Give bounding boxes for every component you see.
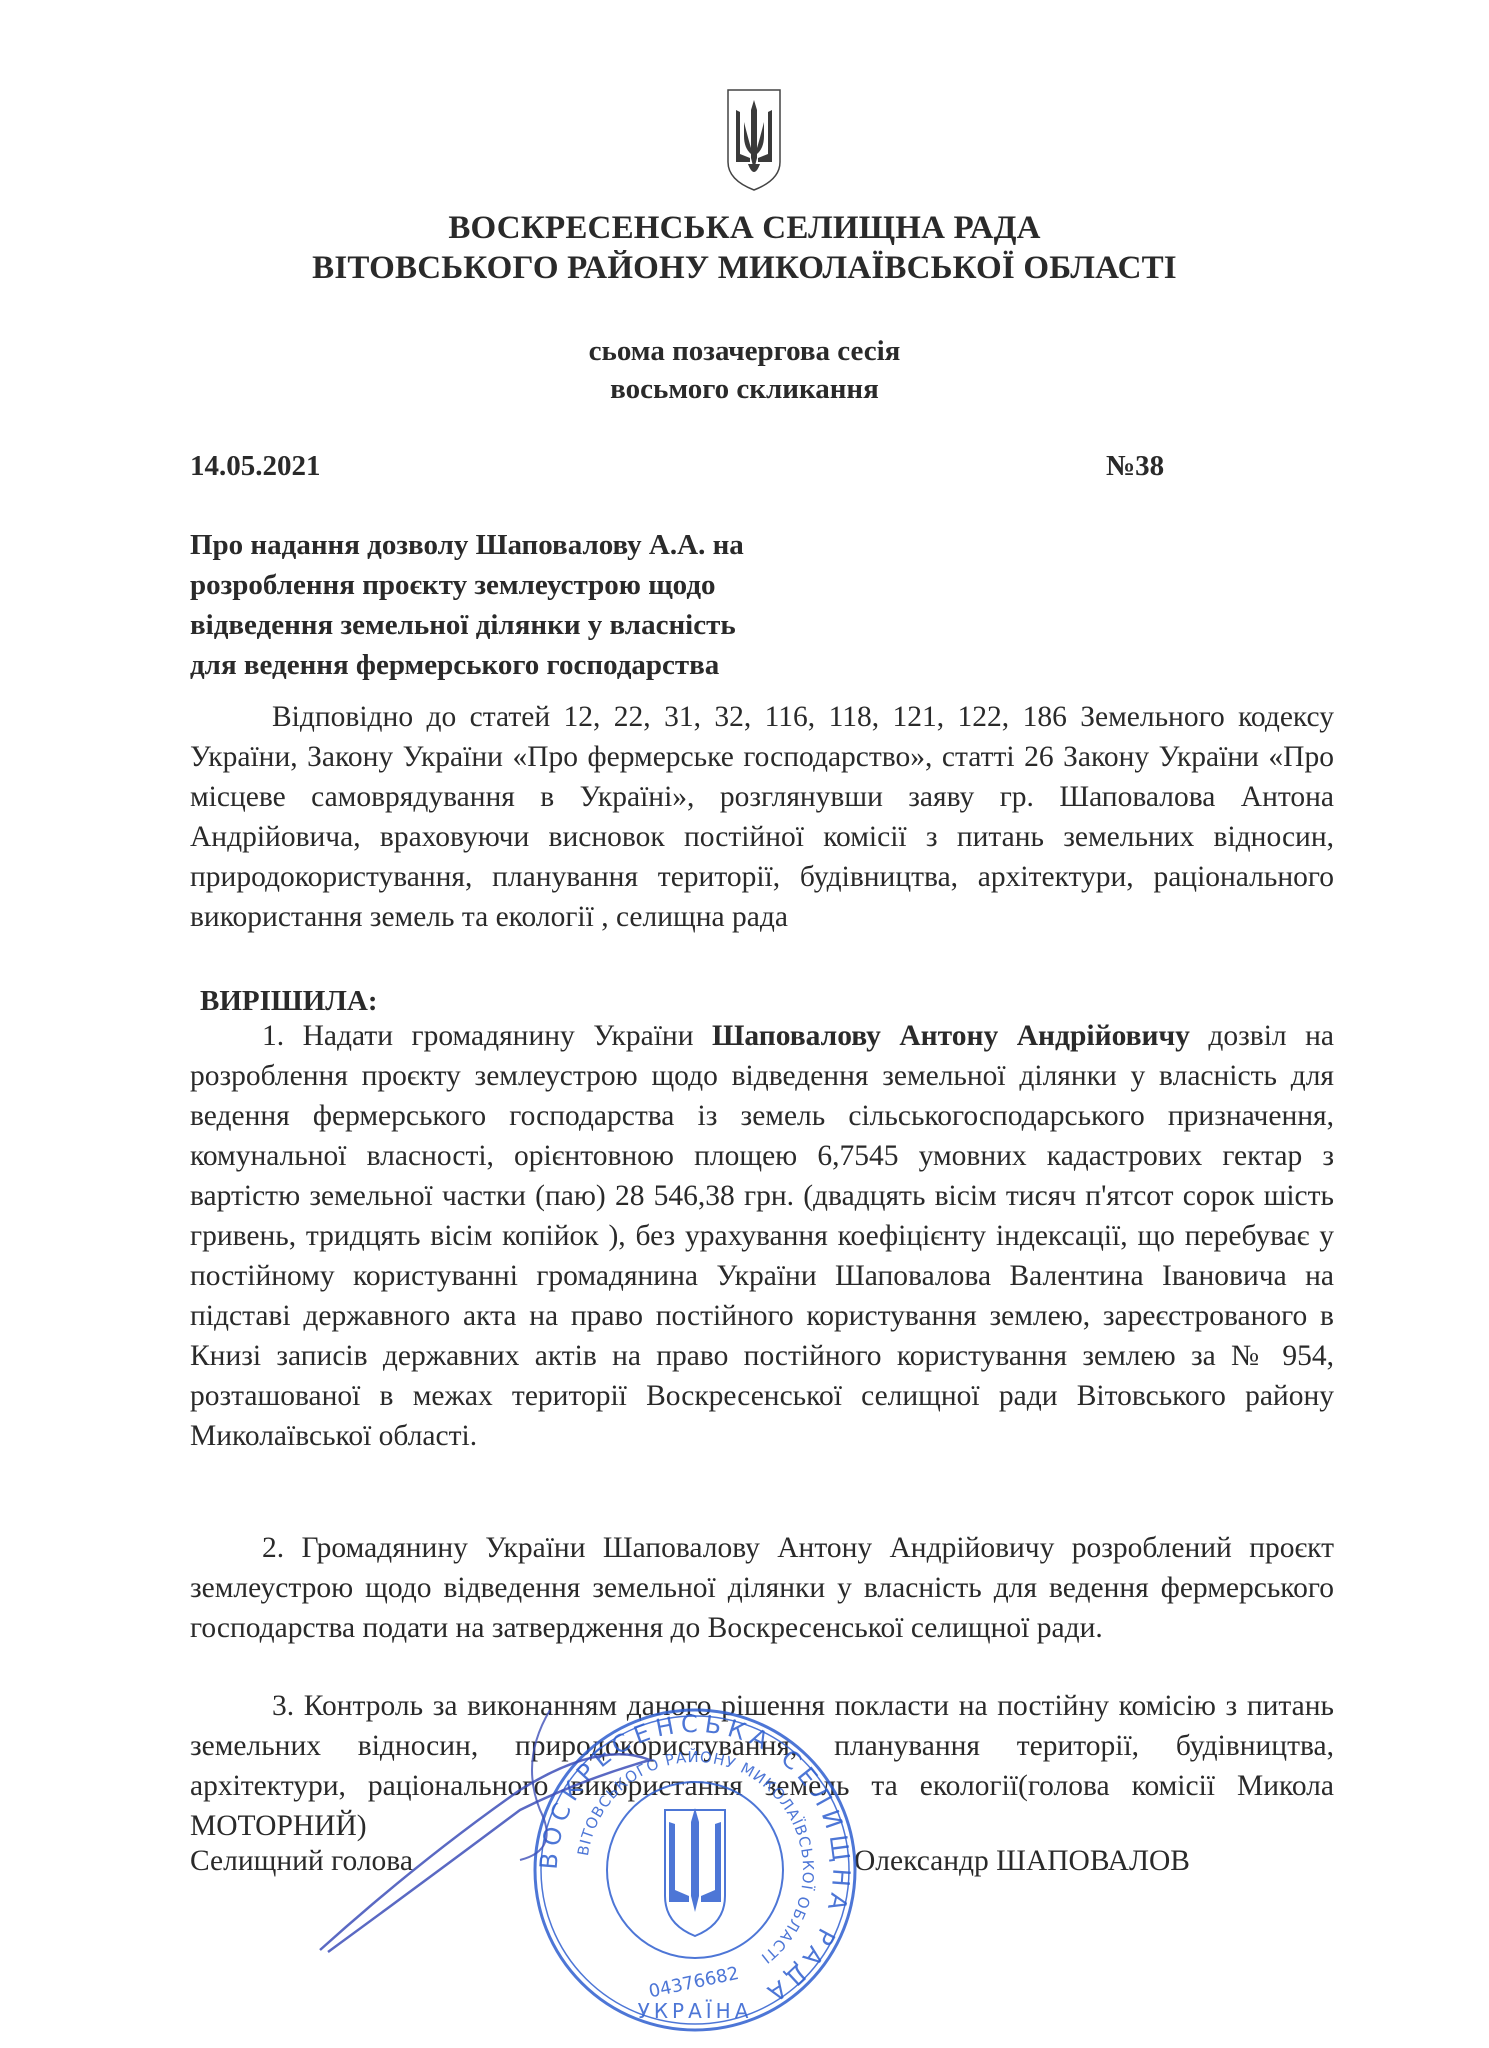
subject-line: Про надання дозволу Шаповалову А.А. на [190,525,890,565]
decision-subject: Про надання дозволу Шаповалову А.А. на р… [190,525,890,685]
applicant-name: Шаповалову Антону Андрійовичу [712,1020,1190,1052]
preamble-paragraph: Відповідно до статей 12, 22, 31, 32, 116… [190,697,1334,937]
convocation-title: восьмого скликання [0,373,1489,406]
signatory-name: Олександр ШАПОВАЛОВ [854,1845,1190,1878]
decision-number: №38 [1106,450,1164,483]
district-name: ВІТОВСЬКОГО РАЙОНУ МИКОЛАЇВСЬКОЇ ОБЛАСТІ [0,250,1489,287]
handwritten-signature-icon [220,1700,720,2000]
decision-date: 14.05.2021 [190,450,321,483]
coat-of-arms-icon [726,88,782,192]
decision-item-1: 1. Надати громадянину України Шаповалову… [190,1016,1334,1456]
decided-heading: ВИРІШИЛА: [200,985,378,1018]
document-page: ВОСКРЕСЕНСЬКА СЕЛИЩНА РАДА ВІТОВСЬКОГО Р… [0,0,1489,2048]
council-name: ВОСКРЕСЕНСЬКА СЕЛИЩНА РАДА [0,210,1489,247]
stamp-country: УКРАЇНА [638,1999,753,2023]
session-title: сьома позачергова сесія [0,335,1489,368]
decision-item-2: 2. Громадянину України Шаповалову Антону… [190,1528,1334,1648]
subject-line: відведення земельної ділянки у власність [190,605,890,645]
item-text: дозвіл на розроблення проєкту землеустро… [190,1020,1334,1452]
item-prefix: 1. Надати громадянину України [262,1020,712,1052]
subject-line: розроблення проєкту землеустрою щодо [190,565,890,605]
subject-line: для ведення фермерського господарства [190,645,890,685]
